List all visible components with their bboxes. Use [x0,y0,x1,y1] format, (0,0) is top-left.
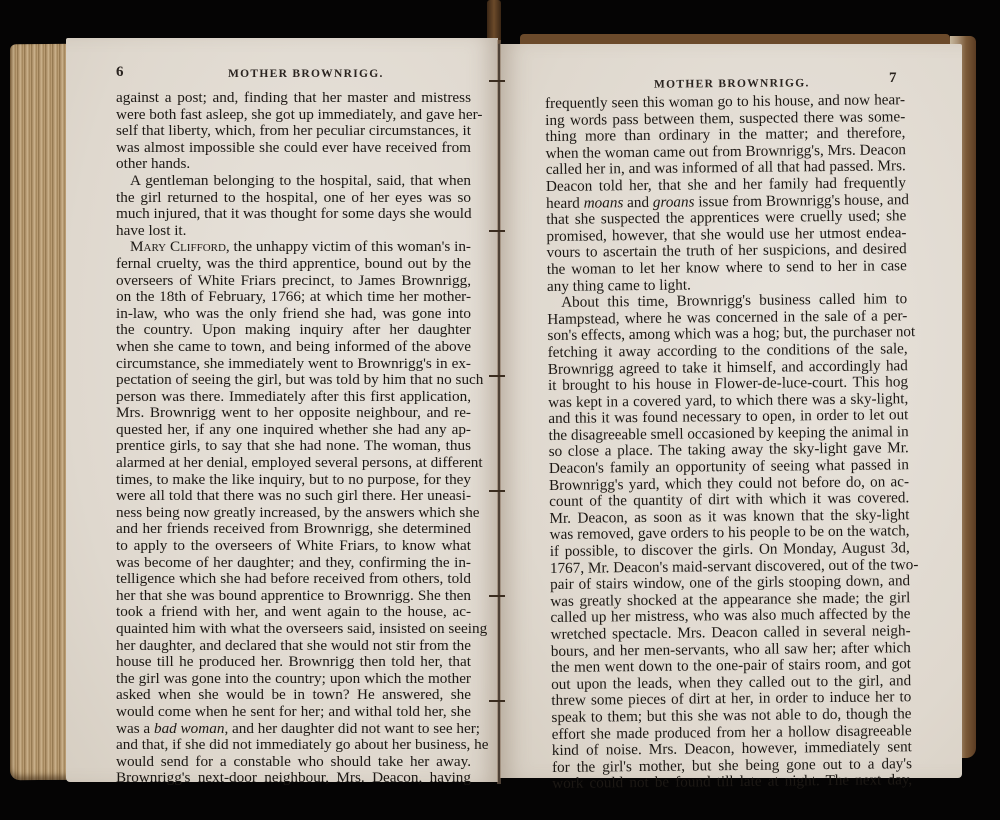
book-gutter [497,40,501,784]
right-page-body: frequently seen this woman go to his hou… [545,92,912,793]
text-line: her daughter, and declared that she woul… [116,638,471,655]
text-line: asked when she would be in town? He answ… [116,687,471,704]
text-line: telligence which she had before received… [116,571,471,588]
text-line: work could not be found till late at nig… [552,773,912,793]
text-line: fernal cruelty, was the third apprentice… [116,256,471,273]
text-line: were all told that there was no such gir… [116,488,471,505]
text-line: prentice girls, to say that she had none… [116,438,471,455]
text-line: quested her, if any one inquired whether… [116,422,471,439]
small-caps-name: Mary Clifford [130,238,226,255]
page-number-right: 7 [889,70,897,87]
text-line: would come when he sent for her; and wit… [116,704,471,721]
text-line: house till he produced her. Brownrigg th… [116,654,471,671]
italic-word: groans [653,193,695,210]
text-line: in-law, who was the only friend she had,… [116,306,471,323]
text-line: the country. Upon making inquiry after h… [116,322,471,339]
running-head-right: MOTHER BROWNRIGG. [654,77,810,90]
italic-phrase: bad woman [154,720,224,737]
text-line: when she came to town, and being informe… [116,339,471,356]
text-line: ness being now greatly increased, by the… [116,505,471,522]
text-line: would send for a constable who should ta… [116,754,471,771]
text-line: other hands. [116,156,471,173]
text-line: times, to make the like inquiry, but to … [116,472,471,489]
text-line: and that, if she did not immediately go … [116,737,471,754]
text-line: Mary Clifford, the unhappy victim of thi… [116,239,471,256]
text-line: overseers of White Friars precinct, to J… [116,273,471,290]
italic-word: moans [584,194,624,211]
stitch-mark [489,230,505,232]
text-line: much injured, that it was thought for so… [116,206,471,223]
text-line: have lost it. [116,223,471,240]
stitch-mark [489,80,505,82]
stitch-mark [489,700,505,702]
page-number-left: 6 [116,64,124,81]
text-line: and her friends received from Brownrigg,… [116,521,471,538]
text-line: A gentleman belonging to the hospital, s… [116,173,471,190]
text-line: person was there. Immediately after this… [116,389,471,406]
text-line: Mrs. Brownrigg went to her opposite neig… [116,405,471,422]
text-line: against a post; and, finding that her ma… [116,90,471,107]
text-line: the girl was gone into the country; upon… [116,671,471,688]
text-line: circumstance, she immediately went to Br… [116,356,471,373]
text-line: pectation of seeing the girl, but was to… [116,372,471,389]
text-line: her that she was bound apprentice to Bro… [116,588,471,605]
text-line: to apply to the overseers of White Friar… [116,538,471,555]
open-book: 6 MOTHER BROWNRIGG. MOTHER BROWNRIGG. 7 … [0,0,1000,820]
text-line: alarmed at her denial, employed several … [116,455,471,472]
text-line: took a friend with her, and went again t… [116,604,471,621]
text-line: was become of her daughter; and they, co… [116,555,471,572]
text-line: on the 18th of February, 1766; at which … [116,289,471,306]
text-line: quainted him with what the overseers sai… [116,621,471,638]
running-head-left: MOTHER BROWNRIGG. [228,68,384,80]
text-line: was almost impossible she could ever hav… [116,140,471,157]
stitch-mark [489,375,505,377]
text-line: the girl returned to the hospital, one o… [116,190,471,207]
left-page-body: against a post; and, finding that her ma… [116,90,471,787]
text-line: Brownrigg's next-door neighbour, Mrs. De… [116,770,471,787]
stitch-mark [489,595,505,597]
text-line: self that liberty, which, from her pecul… [116,123,471,140]
text-line: were both fast asleep, she got up immedi… [116,107,471,124]
stitch-mark [489,490,505,492]
text-line: was a bad woman, and her daughter did no… [116,721,471,738]
